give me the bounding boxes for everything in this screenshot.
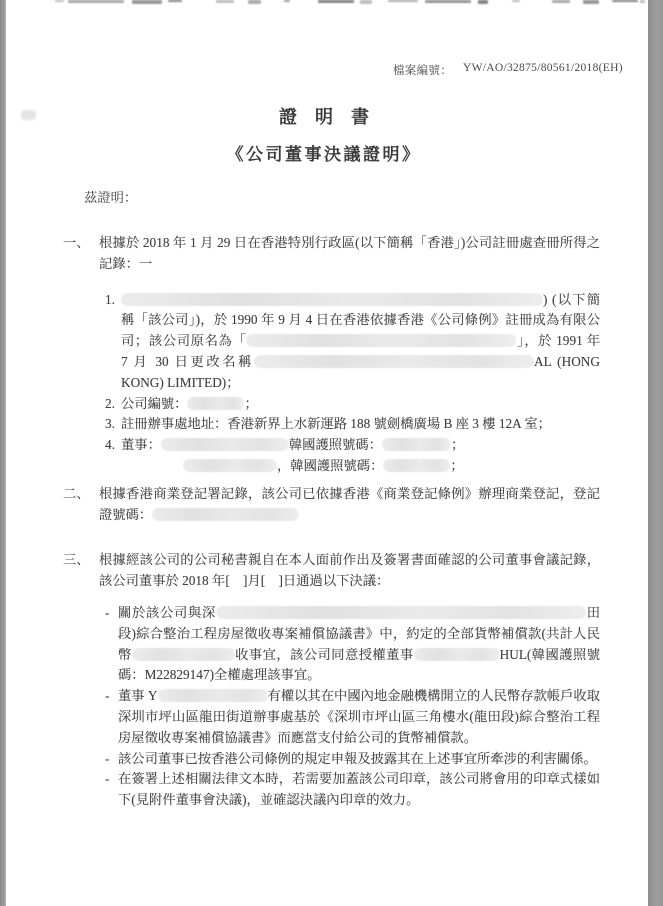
text-run: 收事宜，該公司同意授權董事 (235, 647, 414, 662)
item-2-text: 公司編號：； (121, 394, 600, 415)
text-run: 董事 Y (118, 688, 158, 703)
resolution-4-text: 在簽署上述相關法律文本時，若需要加蓋該公司印章，該公司將會用的印章式樣如下(見附… (118, 769, 600, 811)
cutoff-glyph-fragment (168, 0, 182, 2)
redacted-text (152, 508, 299, 521)
resolution-4-dash-marker: - (105, 769, 118, 790)
redacted-text (246, 334, 516, 347)
resolution-3-text: 該公司董事已按香港公司條例的規定申報及披露其在上述事宜所牽涉的利害關係。 (118, 749, 600, 770)
text-run: ； (450, 458, 463, 473)
redacted-text (121, 293, 543, 306)
cutoff-glyph-fragment (478, 0, 488, 4)
cutoff-glyph-fragment (512, 0, 520, 2)
scan-edge-left (0, 0, 6, 906)
item-3-text: 註冊辦事處地址：香港新界上水新運路 188 號劍橋廣場 B 座 3 樓 12A … (121, 414, 600, 435)
section-1-text: 根據於 2018 年 1 月 29 日在香港特別行政區(以下簡稱「香港」)公司註… (99, 233, 600, 275)
cutoff-glyph-fragment (612, 0, 638, 2)
item-1-text: ) (以下簡稱「該公司」)，於 1990 年 9 月 4 日在香港依據香港《公司… (121, 290, 600, 394)
cutoff-glyph-fragment (68, 0, 124, 3)
section-2: 二、根據香港商業登記署記錄，該公司已依據香港《商業登記條例》辦理商業登記，登記證… (63, 484, 600, 526)
redacted-text (216, 606, 586, 619)
item-2: 2.公司編號：； (105, 394, 600, 415)
item-4: 4.董事：韓國護照號碼：； (105, 435, 600, 456)
document-title: 證 明 書 (0, 103, 648, 129)
section-3: 三、根據經該公司的公司秘書親自在本人面前作出及簽署書面確認的公司董事會議記錄，該… (63, 550, 600, 592)
section-2-label: 二、 (63, 484, 99, 505)
document-body: 一、根據於 2018 年 1 月 29 日在香港特別行政區(以下簡稱「香港」)公… (63, 233, 600, 811)
scan-edge-right (648, 0, 663, 906)
cutoff-glyph-fragment (248, 0, 261, 4)
text-run: ； (244, 396, 257, 411)
cutoff-glyph-fragment (360, 0, 372, 4)
cutoff-glyph-fragment (284, 0, 290, 2)
section-1-label: 一、 (63, 233, 99, 254)
item-3: 3.註冊辦事處地址：香港新界上水新運路 188 號劍橋廣場 B 座 3 樓 12… (105, 414, 600, 435)
cutoff-glyph-fragment (388, 0, 418, 2)
cutoff-glyph-fragment (640, 0, 645, 3)
text-run: 韓國護照號碼： (289, 437, 382, 452)
cutoff-glyph-fragment (552, 0, 570, 3)
scanned-document-page: 檔案編號： YW/AO/32875/80561/2018(EH) 證 明 書 《… (0, 0, 663, 906)
item-1-number: 1. (105, 290, 121, 311)
redacted-text (414, 648, 500, 661)
text-run: 公司編號： (121, 396, 187, 411)
cutoff-glyph-fragment (55, 0, 64, 2)
cutoff-glyph-fragment (425, 0, 471, 3)
text-run: ； (451, 437, 464, 452)
redacted-text (183, 459, 277, 472)
text-run: 根據於 2018 年 1 月 29 日在香港特別行政區(以下簡稱「香港」)公司註… (99, 235, 600, 271)
resolution-2: -董事 Y有權以其在中國內地金融機構開立的人民幣存款帳戶收取深圳市坪山區龍田街道… (105, 686, 600, 748)
redacted-text (383, 459, 450, 472)
redacted-text (187, 397, 244, 410)
text-run: 董事： (121, 437, 161, 452)
certify-intro: 茲證明： (84, 187, 137, 206)
item-1: 1.) (以下簡稱「該公司」)，於 1990 年 9 月 4 日在香港依據香港《… (105, 290, 600, 394)
item-4-number: 4. (105, 435, 121, 456)
redacted-text (254, 355, 534, 368)
resolution-2-dash-marker: - (105, 686, 118, 707)
resolution-2-text: 董事 Y有權以其在中國內地金融機構開立的人民幣存款帳戶收取深圳市坪山區龍田街道辦… (118, 686, 600, 748)
file-reference-label: 檔案編號： (393, 62, 452, 78)
item-4-text: 董事：韓國護照號碼：； (121, 435, 600, 456)
file-reference-number: YW/AO/32875/80561/2018(EH) (463, 62, 623, 78)
cutoff-glyph-fragment (583, 0, 599, 4)
section-1: 一、根據於 2018 年 1 月 29 日在香港特別行政區(以下簡稱「香港」)公… (63, 233, 600, 275)
redacted-text (158, 689, 268, 702)
item-4-continued-text: ，韓國護照號碼：； (183, 456, 600, 477)
resolution-1: -關於該公司與深田段)綜合整治工程房屋徵收專案補償協議書》中，約定的全部貨幣補償… (105, 603, 600, 686)
redacted-text (132, 648, 235, 661)
text-run: 關於該公司與深 (118, 605, 216, 620)
document-subtitle: 《公司董事決議證明》 (0, 140, 648, 165)
redacted-text (382, 438, 451, 451)
resolution-3-dash-marker: - (105, 749, 118, 770)
item-4-continued: ，韓國護照號碼：； (63, 456, 600, 477)
text-run: 註冊辦事處地址：香港新界上水新運路 188 號劍橋廣場 B 座 3 樓 12A … (121, 416, 551, 431)
resolution-3: -該公司董事已按香港公司條例的規定申報及披露其在上述事宜所牽涉的利害關係。 (105, 749, 600, 770)
section-3-label: 三、 (63, 550, 99, 571)
text-run: ，韓國護照號碼： (277, 458, 383, 473)
item-2-number: 2. (105, 394, 121, 415)
item-3-number: 3. (105, 414, 121, 435)
resolution-4: -在簽署上述相關法律文本時，若需要加蓋該公司印章，該公司將會用的印章式樣如下(見… (105, 769, 600, 811)
text-run: 該公司董事已按香港公司條例的規定申報及披露其在上述事宜所牽涉的利害關係。 (118, 751, 597, 766)
cutoff-glyph-fragment (216, 0, 234, 3)
redacted-text (161, 438, 289, 451)
text-run: 根據經該公司的公司秘書親自在本人面前作出及簽署書面確認的公司董事會議記錄，該公司… (99, 552, 600, 588)
text-run: 在簽署上述相關法律文本時，若需要加蓋該公司印章，該公司將會用的印章式樣如下(見附… (118, 771, 600, 807)
cutoff-glyph-fragment (318, 0, 354, 3)
section-3-text: 根據經該公司的公司秘書親自在本人面前作出及簽署書面確認的公司董事會議記錄，該公司… (99, 550, 600, 592)
file-reference-row: 檔案編號： YW/AO/32875/80561/2018(EH) (393, 62, 623, 78)
cutoff-glyph-fragment (132, 0, 162, 4)
resolution-1-text: 關於該公司與深田段)綜合整治工程房屋徵收專案補償協議書》中，約定的全部貨幣補償款… (118, 603, 600, 686)
resolution-1-dash-marker: - (105, 603, 118, 624)
section-2-text: 根據香港商業登記署記錄，該公司已依據香港《商業登記條例》辦理商業登記，登記證號碼… (99, 484, 600, 526)
